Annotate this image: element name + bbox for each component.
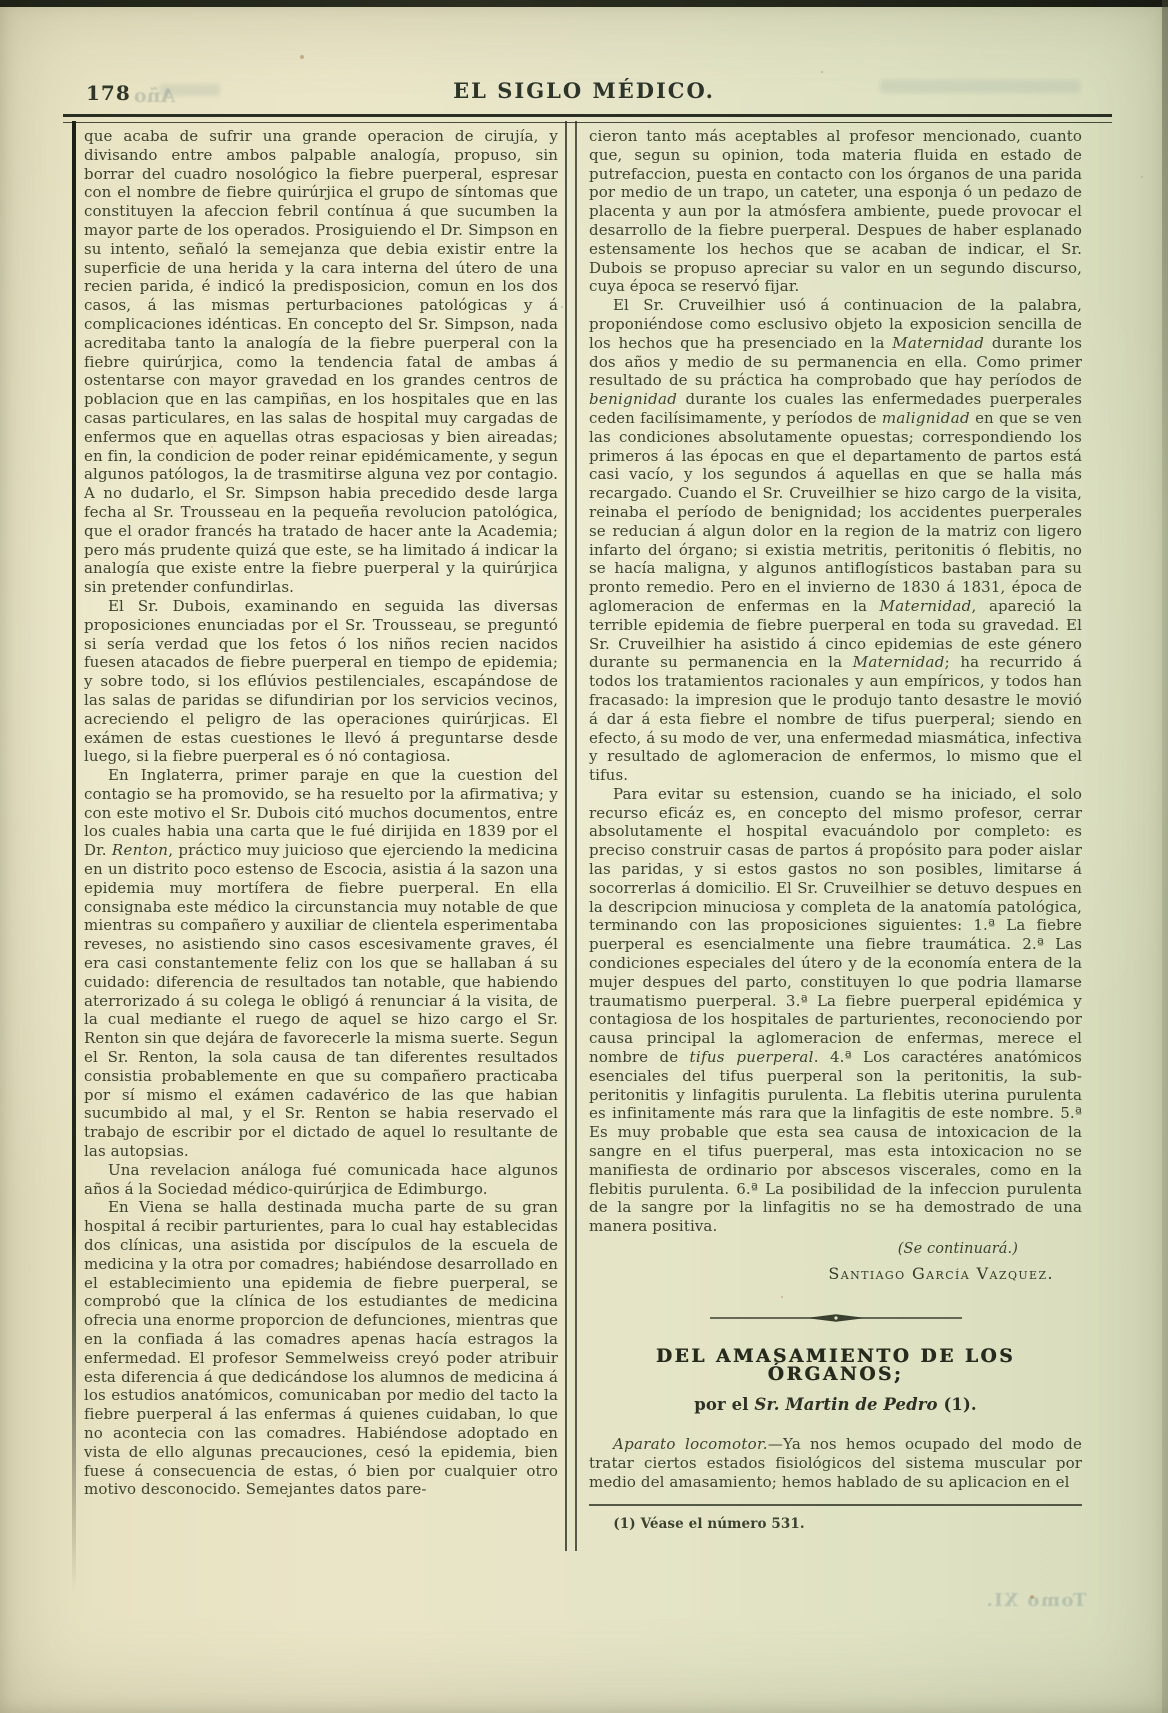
author-signature: Santiago García Vazquez. (589, 1265, 1082, 1284)
bleed-through-ghost: Tomo XI. (985, 1590, 1086, 1611)
paragraph: En Inglaterra, primer paraje en que la c… (84, 766, 558, 1161)
paper-specks (300, 55, 304, 59)
scan-edge-top (0, 0, 1168, 7)
paragraph: que acaba de sufrir una grande operacion… (84, 127, 558, 597)
left-margin-rule (72, 121, 76, 1591)
journal-title: EL SIGLO MÉDICO. (0, 78, 1168, 103)
paragraph: cieron tanto más aceptables al profesor … (589, 127, 1082, 296)
column-divider (565, 121, 577, 1551)
paragraph: En Viena se halla destinada mucha parte … (84, 1198, 558, 1499)
header-rule (63, 114, 1112, 123)
paragraph: El Sr. Cruveilhier usó á continuacion de… (589, 296, 1082, 785)
journal-page: Año Tomo XI. 178 EL SIGLO MÉDICO. que ac… (0, 0, 1168, 1713)
article-title: DEL AMASAMIENTO DE LOS ÓRGANOS; (589, 1348, 1082, 1386)
footnote: (1) Véase el número 531. (589, 1515, 1082, 1534)
continuation-note: (Se continuará.) (589, 1240, 1082, 1259)
section-divider-ornament (706, 1310, 966, 1322)
scan-edge-right (1162, 0, 1168, 1713)
left-column: que acaba de sufrir una grande operacion… (84, 127, 558, 1499)
right-column: cieron tanto más aceptables al profesor … (589, 127, 1082, 1534)
paragraph: El Sr. Dubois, examinando en seguida las… (84, 597, 558, 766)
footnote-rule (589, 1504, 1082, 1506)
paragraph: Aparato locomotor.—Ya nos hemos ocupado … (589, 1435, 1082, 1491)
divider-ornament-icon (706, 1312, 966, 1324)
paragraph: Para evitar su estension, cuando se ha i… (589, 785, 1082, 1236)
paragraph: Una revelacion análoga fué comunicada ha… (84, 1161, 558, 1199)
article-byline: por el Sr. Martin de Pedro (1). (589, 1396, 1082, 1415)
